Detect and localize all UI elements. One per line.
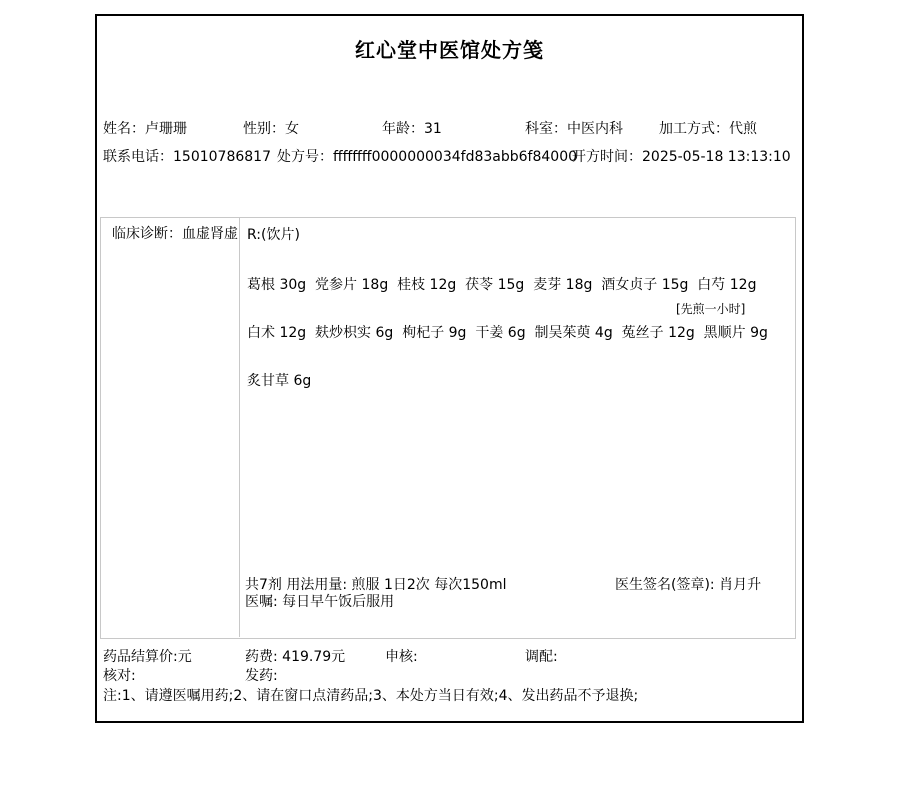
dispense-field: 调配: bbox=[525, 649, 558, 665]
prescription-box-divider bbox=[239, 217, 240, 637]
prescribe-time-label: 开方时间： bbox=[572, 149, 642, 165]
department-field: 科室：中医内科 bbox=[525, 121, 623, 137]
settle-price-field: 药品结算价:元 bbox=[103, 649, 192, 665]
issue-field: 发药: bbox=[245, 668, 278, 684]
rx-header: R:(饮片) bbox=[247, 227, 300, 243]
prescription-sheet: 红心堂中医馆处方笺 姓名：卢珊珊 性别：女 年龄：31 科室：中医内科 加工方式… bbox=[0, 0, 900, 800]
processing-method-field: 加工方式：代煎 bbox=[659, 121, 757, 137]
patient-gender-value: 女 bbox=[285, 121, 299, 137]
patient-gender-field: 性别：女 bbox=[243, 121, 299, 137]
instruction-line: 医嘱: 每日早午饭后服用 bbox=[245, 594, 394, 610]
diagnosis-field: 临床诊断：血虚肾虚 bbox=[112, 226, 238, 242]
phone-field: 联系电话：15010786817 bbox=[103, 149, 271, 165]
diagnosis-label: 临床诊断： bbox=[112, 226, 182, 242]
patient-age-field: 年龄：31 bbox=[382, 121, 442, 137]
patient-name-value: 卢珊珊 bbox=[145, 121, 187, 137]
phone-value: 15010786817 bbox=[173, 149, 271, 165]
processing-method-label: 加工方式： bbox=[659, 121, 729, 137]
prescribe-time-value: 2025-05-18 13:13:10 bbox=[642, 149, 791, 165]
review-field: 申核: bbox=[385, 649, 418, 665]
patient-name-field: 姓名：卢珊珊 bbox=[103, 121, 187, 137]
dosage-line: 共7剂 用法用量: 煎服 1日2次 每次150ml bbox=[245, 577, 507, 593]
patient-name-label: 姓名： bbox=[103, 121, 145, 137]
department-label: 科室： bbox=[525, 121, 567, 137]
herb-line-1: 葛根 30g 党参片 18g 桂枝 12g 茯苓 15g 麦芽 18g 酒女贞子… bbox=[247, 277, 756, 293]
patient-age-label: 年龄： bbox=[382, 121, 424, 137]
doctor-signature: 医生签名(签章): 肖月升 bbox=[615, 577, 761, 593]
patient-age-value: 31 bbox=[424, 121, 442, 137]
decoction-annotation: [先煎一小时] bbox=[676, 303, 745, 317]
department-value: 中医内科 bbox=[567, 121, 623, 137]
herb-line-3: 炙甘草 6g bbox=[247, 373, 311, 389]
footer-note: 注:1、请遵医嘱用药;2、请在窗口点清药品;3、本处方当日有效;4、发出药品不予… bbox=[103, 688, 638, 704]
phone-label: 联系电话： bbox=[103, 149, 173, 165]
prescribe-time-field: 开方时间：2025-05-18 13:13:10 bbox=[572, 149, 791, 165]
diagnosis-value: 血虚肾虚 bbox=[182, 226, 238, 242]
check-field: 核对: bbox=[103, 668, 136, 684]
fee-field: 药费: 419.79元 bbox=[245, 649, 345, 665]
prescription-number-label: 处方号： bbox=[277, 149, 333, 165]
prescription-number-value: ffffffff0000000034fd83abb6f84000 bbox=[333, 149, 577, 165]
prescription-number-field: 处方号：ffffffff0000000034fd83abb6f84000 bbox=[277, 149, 577, 165]
patient-gender-label: 性别： bbox=[243, 121, 285, 137]
processing-method-value: 代煎 bbox=[729, 121, 757, 137]
herb-line-2: 白术 12g 麸炒枳实 6g 枸杞子 9g 干姜 6g 制吴茱萸 4g 菟丝子 … bbox=[247, 325, 768, 341]
page-title: 红心堂中医馆处方笺 bbox=[95, 34, 804, 63]
